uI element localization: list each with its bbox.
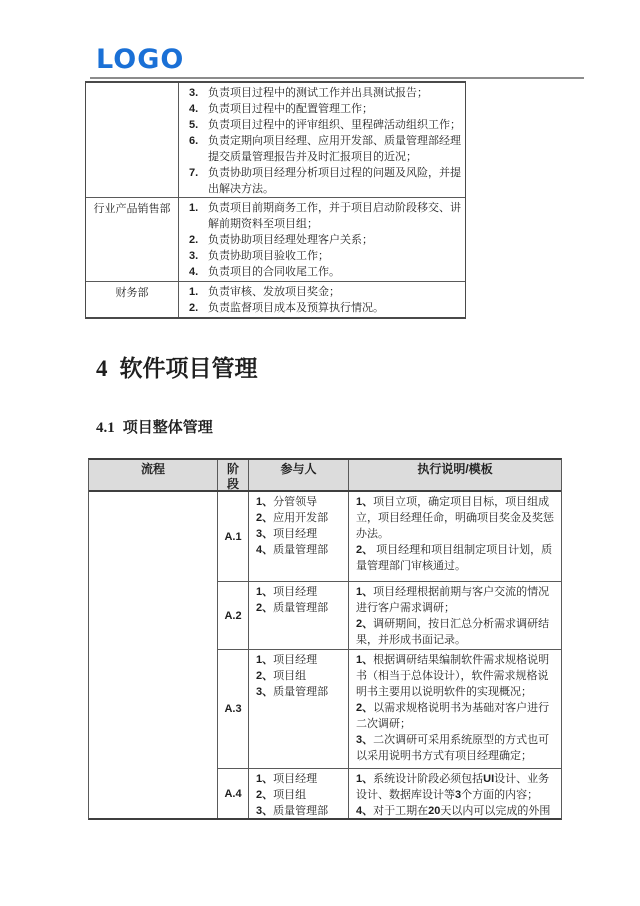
item-number: 1、 [356,586,373,598]
note-item: 1、项目立项，确定项目目标，项目组成立，项目经理任命，明确项目奖金及奖惩办法。 [356,494,556,542]
participant-item: 1、项目经理 [256,584,346,600]
list-item: 3.负责协助项目验收工作； [189,248,463,264]
item-number: 1、 [356,654,373,666]
process-table-body: A.1 1、分管领导 2、应用开发部 3、项目经理 4、质量管理部 1、项目立项… [89,492,561,818]
item-number: 2、 [256,668,273,684]
item-text: 对于工期在20天以内可以完成的外围 [373,805,550,817]
process-table-header: 流程 阶段 参与人 执行说明/模板 [89,460,561,492]
table-row: 财务部 1.负责审核、发放项目奖金； 2.负责监督项目成本及预算执行情况。 [86,282,465,317]
item-number: 2. [189,300,208,316]
table-row: A.1 1、分管领导 2、应用开发部 3、项目经理 4、质量管理部 1、项目立项… [218,492,561,582]
list-item: 4.负责项目过程中的配置管理工作； [189,101,463,117]
item-number: 4. [189,101,208,117]
item-number: 4. [189,264,208,280]
list-item: 2.负责协助项目经理处理客户关系； [189,232,463,248]
dept-cell: 行业产品销售部 [86,198,179,281]
item-text: 分管领导 [273,494,317,510]
item-text: 二次调研可采用系统原型的方式也可以采用说明书方式有项目经理确定； [356,734,549,762]
list-item: 5.负责项目过程中的评审组织、里程碑活动组织工作； [189,117,463,133]
flow-cell-empty [89,492,218,818]
section-heading: 4软件项目管理 [96,354,258,384]
process-rows: A.1 1、分管领导 2、应用开发部 3、项目经理 4、质量管理部 1、项目立项… [218,492,561,818]
item-number: 4、 [256,542,273,558]
item-number: 3、 [356,734,373,746]
item-text: 负责项目过程中的测试工作并出具测试报告； [208,85,463,101]
notes-cell: 1、根据调研结果编制软件需求规格说明书（相当于总体设计），软件需求规格说明书主要… [349,650,561,768]
table-row: A.4 1、项目经理 2、项目组 3、质量管理部 1、系统设计阶段必须包括UI设… [218,769,561,818]
item-text: 质量管理部 [273,803,328,818]
item-text: 负责协助项目验收工作； [208,248,463,264]
item-text: 项目经理 [273,526,317,542]
item-number: 1、 [256,494,273,510]
table-row: 3.负责项目过程中的测试工作并出具测试报告； 4.负责项目过程中的配置管理工作；… [86,83,465,198]
table-row: A.2 1、项目经理 2、质量管理部 1、项目经理根据前期与客户交流的情况进行客… [218,582,561,650]
item-text: 负责协助项目经理分析项目过程的问题及风险，并提出解决方法。 [208,165,463,197]
list-item: 7.负责协助项目经理分析项目过程的问题及风险，并提出解决方法。 [189,165,463,197]
item-number: 1、 [256,771,273,787]
item-number: 1. [189,284,208,300]
list-item: 3.负责项目过程中的测试工作并出具测试报告； [189,85,463,101]
item-number: 1、 [256,652,273,668]
item-number: 7. [189,165,208,197]
item-text: 应用开发部 [273,510,328,526]
participant-item: 4、质量管理部 [256,542,346,558]
item-text: 项目经理 [273,584,317,600]
list-item: 6.负责定期向项目经理、应用开发部、质量管理部经理提交质量管理报告并及时汇报项目… [189,133,463,165]
item-text: 负责监督项目成本及预算执行情况。 [208,300,463,316]
roles-table: 3.负责项目过程中的测试工作并出具测试报告； 4.负责项目过程中的配置管理工作；… [85,81,466,319]
item-number: 2. [189,232,208,248]
note-item: 1、根据调研结果编制软件需求规格说明书（相当于总体设计），软件需求规格说明书主要… [356,652,556,700]
item-number: 5. [189,117,208,133]
column-header-notes: 执行说明/模板 [349,460,561,490]
participants-cell: 1、项目经理 2、质量管理部 [249,582,349,649]
duty-list: 3.负责项目过程中的测试工作并出具测试报告； 4.负责项目过程中的配置管理工作；… [179,83,465,197]
item-text: 项目经理 [273,652,317,668]
item-text: 项目经理根据前期与客户交流的情况进行客户需求调研； [356,586,549,614]
note-item: 1、项目经理根据前期与客户交流的情况进行客户需求调研； [356,584,556,616]
subsection-number: 4.1 [96,420,115,436]
stage-cell: A.2 [218,582,249,649]
item-text: 项目立项，确定项目目标，项目组成立，项目经理任命，明确项目奖金及奖惩办法。 [356,496,554,540]
column-header-participants: 参与人 [249,460,349,490]
item-number: 3. [189,248,208,264]
duty-list: 1.负责项目前期商务工作，并于项目启动阶段移交、讲解前期资料至项目组； 2.负责… [179,198,465,281]
list-item: 1.负责项目前期商务工作，并于项目启动阶段移交、讲解前期资料至项目组； [189,200,463,232]
item-text: 根据调研结果编制软件需求规格说明书（相当于总体设计），软件需求规格说明书主要用以… [356,654,549,698]
item-number: 3、 [256,684,273,700]
list-item: 4.负责项目的合同收尾工作。 [189,264,463,280]
column-header-stage: 阶段 [218,460,249,490]
participants-cell: 1、项目经理 2、项目组 3、质量管理部 [249,769,349,818]
item-text: 质量管理部 [273,542,328,558]
duty-list: 1.负责审核、发放项目奖金； 2.负责监督项目成本及预算执行情况。 [179,282,465,317]
item-text: 负责协助项目经理处理客户关系； [208,232,463,248]
item-text: 负责项目的合同收尾工作。 [208,264,463,280]
item-text: 项目组 [273,668,306,684]
item-number: 2、 [356,702,373,714]
item-text: 负责项目前期商务工作，并于项目启动阶段移交、讲解前期资料至项目组； [208,200,463,232]
dept-cell: 财务部 [86,282,179,317]
list-item: 2.负责监督项目成本及预算执行情况。 [189,300,463,316]
item-text: 质量管理部 [273,600,328,616]
note-item: 1、系统设计阶段必须包括UI设计、业务设计、数据库设计等3个方面的内容； [356,771,556,803]
item-number: 1. [189,200,208,232]
stage-cell: A.1 [218,492,249,581]
participant-item: 3、质量管理部 [256,803,346,818]
participant-item: 2、项目组 [256,787,346,803]
dept-cell [86,83,179,197]
table-row: A.3 1、项目经理 2、项目组 3、质量管理部 1、根据调研结果编制软件需求规… [218,650,561,769]
note-item: 2、 项目经理和项目组制定项目计划，质量管理部门审核通过。 [356,542,556,574]
item-text: 项目经理和项目组制定项目计划，质量管理部门审核通过。 [356,544,552,572]
item-number: 3、 [256,803,273,818]
process-table: 流程 阶段 参与人 执行说明/模板 A.1 1、分管领导 2、应用开发部 3、项… [88,458,562,820]
section-title: 软件项目管理 [120,356,258,381]
note-item: 2、以需求规格说明书为基础对客户进行二次调研； [356,700,556,732]
notes-cell: 1、系统设计阶段必须包括UI设计、业务设计、数据库设计等3个方面的内容； 4、对… [349,769,561,818]
item-number: 2、 [256,600,273,616]
participant-item: 2、项目组 [256,668,346,684]
participant-item: 2、质量管理部 [256,600,346,616]
item-text: 负责审核、发放项目奖金； [208,284,463,300]
list-item: 1.负责审核、发放项目奖金； [189,284,463,300]
item-text: 负责定期向项目经理、应用开发部、质量管理部经理提交质量管理报告并及时汇报项目的近… [208,133,463,165]
item-number: 2、 [256,510,273,526]
item-text: 以需求规格说明书为基础对客户进行二次调研； [356,702,549,730]
participant-item: 2、应用开发部 [256,510,346,526]
item-text: 调研期间，按日汇总分析需求调研结果，并形成书面记录。 [356,618,549,646]
subsection-title: 项目整体管理 [123,420,213,436]
participant-item: 3、质量管理部 [256,684,346,700]
item-number: 1、 [356,773,373,785]
item-number: 3、 [256,526,273,542]
item-text: 负责项目过程中的评审组织、里程碑活动组织工作； [208,117,463,133]
item-number: 3. [189,85,208,101]
item-number: 4、 [356,805,373,817]
document-page: LOGO 3.负责项目过程中的测试工作并出具测试报告； 4.负责项目过程中的配置… [0,0,640,906]
subsection-heading: 4.1项目整体管理 [96,418,213,439]
header-rule [90,77,584,79]
stage-cell: A.3 [218,650,249,768]
participants-cell: 1、分管领导 2、应用开发部 3、项目经理 4、质量管理部 [249,492,349,581]
item-text: 项目经理 [273,771,317,787]
participant-item: 1、项目经理 [256,771,346,787]
item-number: 2、 [256,787,273,803]
item-text: 负责项目过程中的配置管理工作； [208,101,463,117]
note-item: 4、对于工期在20天以内可以完成的外围 [356,803,556,818]
item-text: 质量管理部 [273,684,328,700]
participants-cell: 1、项目经理 2、项目组 3、质量管理部 [249,650,349,768]
item-number: 1、 [256,584,273,600]
company-logo: LOGO [96,44,184,75]
notes-cell: 1、项目经理根据前期与客户交流的情况进行客户需求调研； 2、调研期间，按日汇总分… [349,582,561,649]
participant-item: 1、项目经理 [256,652,346,668]
item-text: 项目组 [273,787,306,803]
item-number: 6. [189,133,208,165]
table-row: 行业产品销售部 1.负责项目前期商务工作，并于项目启动阶段移交、讲解前期资料至项… [86,198,465,282]
note-item: 2、调研期间，按日汇总分析需求调研结果，并形成书面记录。 [356,616,556,648]
item-number: 1、 [356,496,373,508]
item-number: 2、 [356,544,373,556]
item-number: 2、 [356,618,373,630]
column-header-flow: 流程 [89,460,218,490]
notes-cell: 1、项目立项，确定项目目标，项目组成立，项目经理任命，明确项目奖金及奖惩办法。 … [349,492,561,581]
stage-cell: A.4 [218,769,249,818]
item-text: 系统设计阶段必须包括UI设计、业务设计、数据库设计等3个方面的内容； [356,773,549,801]
participant-item: 3、项目经理 [256,526,346,542]
participant-item: 1、分管领导 [256,494,346,510]
note-item: 3、二次调研可采用系统原型的方式也可以采用说明书方式有项目经理确定； [356,732,556,764]
section-number: 4 [96,356,108,381]
